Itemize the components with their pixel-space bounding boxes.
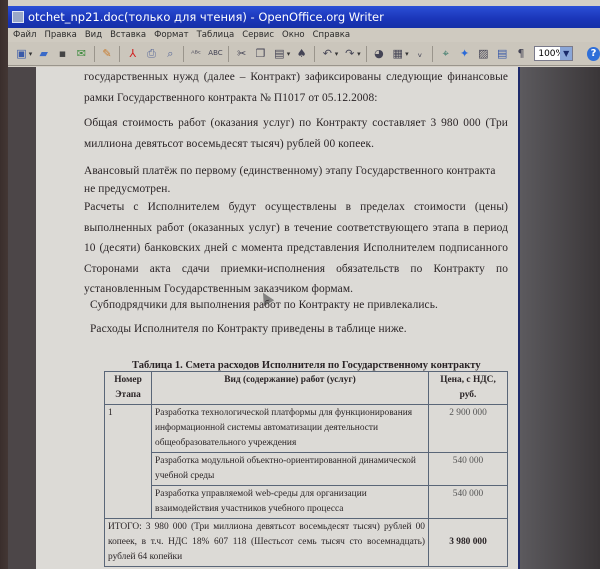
paragraph-subcontractors: Субподрядчики для выполнения работ по Ко…: [90, 295, 514, 316]
header-price: Цена, с НДС, руб.: [429, 372, 508, 405]
paragraph-settlements: Расчеты с Исполнителем будут осуществлен…: [84, 197, 508, 300]
title-bar[interactable]: otchet_np21.doc(только для чтения) - Ope…: [8, 6, 600, 28]
export-pdf-icon[interactable]: ⅄: [126, 47, 139, 61]
table-total-row: ИТОГО: 3 980 000 (Три миллиона девятьсот…: [105, 519, 508, 567]
toolbar-separator: [314, 46, 315, 62]
gallery-icon[interactable]: ▨: [477, 47, 490, 61]
menu-window[interactable]: Окно: [282, 30, 305, 40]
paragraph-expenses: Расходы Исполнителя по Контракту приведе…: [90, 319, 514, 340]
table-row: Разработка управляемой web-среды для орг…: [105, 486, 508, 519]
header-stage: Номер Этапа: [105, 372, 152, 405]
workspace-right-margin: [520, 67, 600, 569]
paragraph-advance-payment: Авансовый платёж по первому (единственно…: [84, 162, 508, 198]
menu-bar: Файл Правка Вид Вставка Формат Таблица С…: [8, 28, 600, 42]
paragraph-total-cost: Общая стоимость работ (оказания услуг) п…: [84, 113, 508, 154]
zoom-select[interactable]: 100% ▼: [534, 46, 573, 61]
cut-icon[interactable]: ✂: [235, 47, 248, 61]
find-replace-icon[interactable]: ⌖: [439, 47, 452, 61]
paragraph-financial-frame: государственных нужд (далее – Контракт) …: [84, 67, 508, 108]
open-icon[interactable]: ▰: [37, 47, 50, 61]
data-sources-icon[interactable]: ▤: [496, 47, 509, 61]
table-header-row: Номер Этапа Вид (содержание) работ (услу…: [105, 372, 508, 405]
menu-file[interactable]: Файл: [13, 30, 36, 40]
table-dropdown-icon[interactable]: ▾: [405, 50, 409, 58]
work-price: 540 000: [429, 486, 508, 519]
paste-dropdown-icon[interactable]: ▾: [287, 50, 291, 58]
paste-icon[interactable]: ▤: [273, 47, 286, 61]
work-price: 2 900 000: [429, 405, 508, 453]
menu-table[interactable]: Таблица: [197, 30, 235, 40]
toolbar-separator: [366, 46, 367, 62]
nonprinting-characters-icon[interactable]: ¶: [515, 47, 528, 61]
total-price: 3 980 000: [429, 519, 508, 567]
redo-icon[interactable]: ↷: [343, 47, 356, 61]
spellcheck-icon[interactable]: ᴬᴮᶜ: [190, 47, 203, 61]
clone-format-icon[interactable]: ♠: [295, 47, 308, 61]
work-description: Разработка технологической платформы для…: [152, 405, 429, 453]
page-preview-icon[interactable]: ⌕: [164, 47, 177, 61]
table-caption: Таблица 1. Смета расходов Исполнителя по…: [132, 360, 481, 371]
menu-help[interactable]: Справка: [313, 30, 350, 40]
undo-icon[interactable]: ↶: [321, 47, 334, 61]
print-icon[interactable]: ⎙: [145, 47, 158, 61]
edit-file-icon[interactable]: ✎: [101, 47, 114, 61]
draw-functions-icon[interactable]: ᵥ: [414, 47, 427, 61]
autocheck-icon[interactable]: ABC: [208, 47, 222, 61]
new-dropdown-icon[interactable]: ▾: [29, 50, 33, 58]
document-workspace: государственных нужд (далее – Контракт) …: [8, 67, 600, 569]
new-document-icon[interactable]: ▣: [15, 47, 28, 61]
toolbar-separator: [94, 46, 95, 62]
undo-dropdown-icon[interactable]: ▾: [335, 50, 339, 58]
redo-dropdown-icon[interactable]: ▾: [357, 50, 361, 58]
chevron-down-icon[interactable]: ▼: [560, 47, 572, 60]
window-title: otchet_np21.doc(только для чтения) - Ope…: [28, 10, 384, 24]
menu-view[interactable]: Вид: [85, 30, 102, 40]
menu-format[interactable]: Формат: [154, 30, 189, 40]
work-description: Разработка управляемой web-среды для орг…: [152, 486, 429, 519]
work-price: 540 000: [429, 453, 508, 486]
total-text: ИТОГО: 3 980 000 (Три миллиона девятьсот…: [105, 519, 429, 567]
writer-window: otchet_np21.doc(только для чтения) - Ope…: [8, 0, 600, 569]
copy-icon[interactable]: ❐: [254, 47, 267, 61]
table-row: 1 Разработка технологической платформы д…: [105, 405, 508, 453]
workspace-margin: [8, 67, 36, 569]
toolbar-separator: [228, 46, 229, 62]
save-icon[interactable]: ▪: [56, 47, 69, 61]
toolbar-separator: [183, 46, 184, 62]
toolbar-separator: [119, 46, 120, 62]
help-icon[interactable]: ?: [587, 47, 600, 61]
document-page[interactable]: государственных нужд (далее – Контракт) …: [36, 67, 520, 569]
standard-toolbar: ▣ ▾ ▰ ▪ ✉ ✎ ⅄ ⎙ ⌕ ᴬᴮᶜ ABC ✂ ❐ ▤ ▾ ♠ ↶ ▾ …: [8, 42, 600, 66]
cost-estimate-table: Номер Этапа Вид (содержание) работ (услу…: [104, 371, 508, 567]
email-icon[interactable]: ✉: [75, 47, 88, 61]
writer-app-icon: [12, 11, 24, 23]
toolbar-separator: [432, 46, 433, 62]
table-row: Разработка модульной объектно-ориентиров…: [105, 453, 508, 486]
work-description: Разработка модульной объектно-ориентиров…: [152, 453, 429, 486]
header-work: Вид (содержание) работ (услуг): [152, 372, 429, 405]
stage-number: 1: [105, 405, 152, 519]
menu-tools[interactable]: Сервис: [242, 30, 274, 40]
hyperlink-icon[interactable]: ◕: [373, 47, 386, 61]
navigator-icon[interactable]: ✦: [458, 47, 471, 61]
menu-edit[interactable]: Правка: [44, 30, 76, 40]
menu-insert[interactable]: Вставка: [110, 30, 146, 40]
table-icon[interactable]: ▦: [391, 47, 404, 61]
